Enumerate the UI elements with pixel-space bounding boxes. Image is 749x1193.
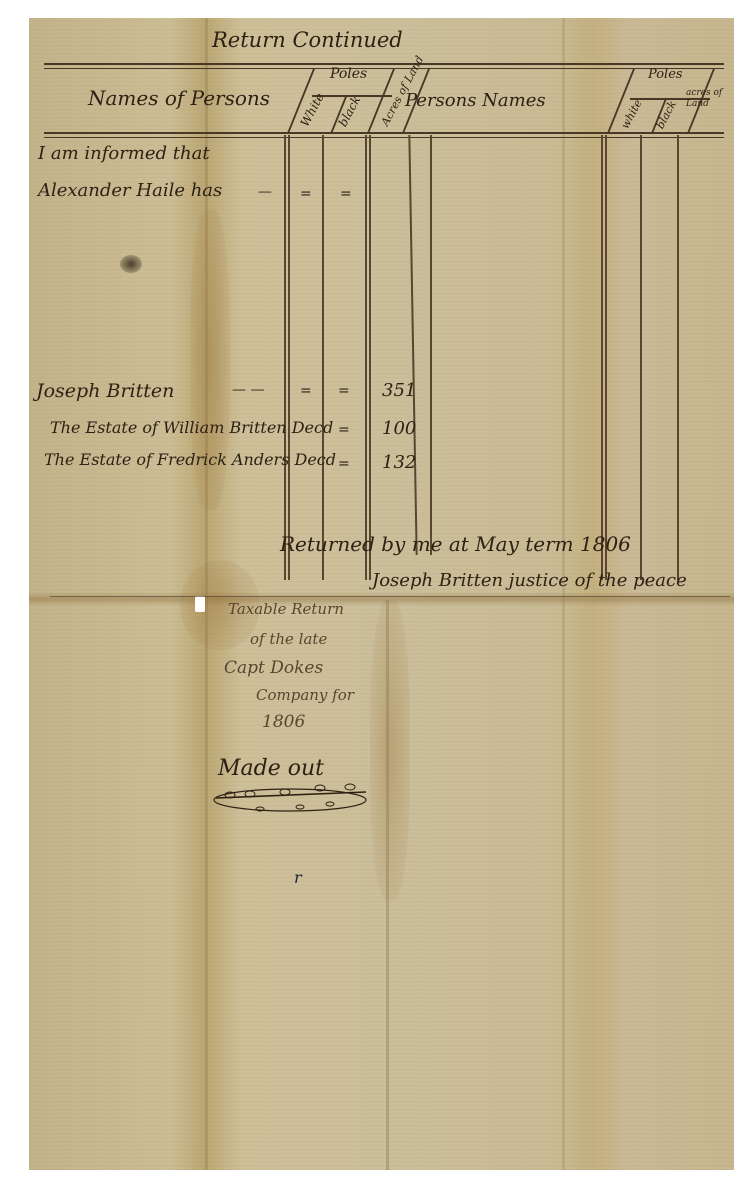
poles-header: Poles	[648, 67, 683, 82]
stain	[370, 600, 410, 900]
column-line	[605, 135, 607, 580]
white-polls-value: =	[300, 186, 312, 202]
docket-line: Taxable Return	[228, 600, 344, 618]
docket-line: of the late	[250, 630, 327, 648]
attestation-line: Returned by me at May term 1806	[280, 532, 631, 556]
poles-header: Poles	[330, 66, 367, 82]
entry-name: The Estate of William Britten Decd	[50, 418, 333, 437]
paper-tear	[195, 596, 205, 612]
names-of-persons-header: Names of Persons	[88, 86, 270, 110]
entry-name: Joseph Britten	[36, 380, 174, 402]
black-polls-value: =	[338, 422, 350, 438]
black-polls-value: =	[340, 186, 352, 202]
docket-line: Capt Dokes	[224, 658, 323, 678]
column-line	[284, 135, 286, 580]
entry-name: Alexander Haile has	[38, 180, 222, 201]
column-line	[369, 135, 371, 580]
column-line	[288, 135, 290, 580]
acres-value: 132	[382, 452, 416, 473]
column-line	[640, 135, 642, 580]
ink-blot	[120, 255, 142, 273]
acres-value: 100	[382, 418, 416, 439]
header-bottom-rule	[44, 132, 724, 134]
black-polls-value: =	[338, 383, 350, 399]
column-line	[365, 135, 367, 580]
docket-line: Company for	[256, 686, 354, 704]
document-title: Return Continued	[212, 28, 403, 52]
header-top-rule	[44, 68, 724, 69]
black-polls-value: =	[338, 456, 350, 472]
header-bottom-rule	[44, 137, 724, 138]
white-polls-value: =	[300, 383, 312, 399]
entry-name: I am informed that	[38, 143, 210, 164]
flourish-icon	[210, 782, 370, 822]
column-line	[322, 135, 324, 580]
persons-names-header: Persons Names	[405, 90, 546, 111]
acres-header: acres of Land	[686, 88, 726, 110]
column-line	[430, 135, 432, 555]
entry-dash: — —	[232, 382, 264, 398]
justice-signature: Joseph Britten justice of the peace	[372, 570, 687, 591]
stray-mark: r	[294, 868, 302, 887]
header-top-rule	[44, 63, 724, 65]
entry-dash: —	[258, 184, 272, 200]
column-line	[677, 135, 679, 580]
signature-rule	[50, 596, 730, 597]
entry-name: The Estate of Fredrick Anders Decd	[44, 450, 336, 469]
column-line	[601, 135, 603, 580]
acres-value: 351	[382, 380, 416, 401]
made-out-note: Made out	[218, 756, 324, 781]
docket-line: 1806	[262, 712, 305, 732]
